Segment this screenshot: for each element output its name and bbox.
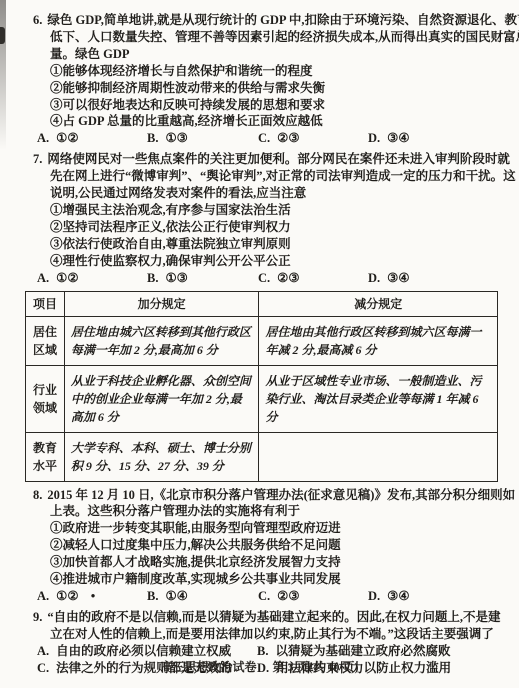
table-cell-item: 行业领域 (26, 365, 65, 432)
question-number: 8. (33, 488, 42, 502)
question-item-3: ③加快首都人才战略实施,提供北京经济发展智力支持 (50, 554, 507, 571)
option-a: A.①② (37, 270, 147, 287)
table-row: 居住区域 居住地由城六区转移到其他行政区每满一年加 2 分,最高加 6 分 居住… (26, 316, 498, 365)
option-d: D.③④ (368, 130, 507, 147)
question-stem-text: 网络使网民对一些焦点案件的关注更加便利。部分网民在案件还未进入审判阶段时就 (47, 152, 510, 166)
option-b: B.①④ (147, 588, 258, 605)
question-item-4: ④占 GDP 总量的比重越高,经济增长正面效应越低 (50, 113, 507, 130)
stray-ink-dot: ● (91, 591, 96, 600)
question-stem-line: 先在网上进行“微博审判”、“舆论审判”,对正常的司法审判造成一定的压力和干扰。这 (50, 168, 507, 185)
question-number: 9. (33, 610, 42, 624)
option-c: C.②③ (258, 130, 368, 147)
question-stem-line: 8.2015 年 12 月 10 日,《北京市积分落户管理办法(征求意见稿)》发… (50, 487, 507, 504)
question-options: A.①② B.①③ C.②③ D.③④ (37, 270, 507, 287)
option-c: C.②③ (258, 270, 368, 287)
table-cell-sub (259, 432, 498, 481)
question-item-1: ①政府进一步转变其职能,由服务型向管理型政府迈进 (50, 520, 507, 537)
question-8: 8.2015 年 12 月 10 日,《北京市积分落户管理办法(征求意见稿)》发… (33, 487, 507, 605)
table-row: 行业领域 从业于科技企业孵化器、众创空间中的创业企业每满一年加 2 分,最高加 … (26, 365, 498, 432)
table-cell-add: 大学专科、本科、硕士、博士分别积 9 分、15 分、27 分、39 分 (64, 432, 259, 481)
table-row: 教育水平 大学专科、本科、硕士、博士分别积 9 分、15 分、27 分、39 分 (26, 432, 498, 481)
question-stem-line: 低下、人口数量失控、管理不善等因素引起的经济损失成本,从而得出真实的国民财富总 (50, 29, 507, 46)
question-item-3: ③依法行使政治自由,尊重法院独立审判原则 (50, 236, 507, 253)
question-item-2: ②能够抑制经济周期性波动带来的供给与需求失衡 (50, 80, 507, 97)
table-cell-sub: 居住地由其他行政区转移到城六区每满一年减 2 分,最高减 6 分 (259, 316, 498, 365)
question-item-4: ④理性行使监察权力,确保审判公开公平公正 (50, 253, 507, 270)
table-header-item: 项目 (26, 291, 65, 316)
page-footer: 高三思想政治试卷第 3 页(共 10 页) (0, 658, 519, 675)
question-item-2: ②减轻人口过度集中压力,解决公共服务供给不足问题 (50, 537, 507, 554)
question-item-1: ①能够体现经济增长与自然保护和谐统一的程度 (50, 63, 507, 80)
question-7: 7.网络使网民对一些焦点案件的关注更加便利。部分网民在案件还未进入审判阶段时就 … (33, 151, 507, 286)
question-options: A.①② B.①③ C.②③ D.③④ (37, 130, 507, 147)
table-cell-sub: 从业于区域性专业市场、一般制造业、污染行业、淘汰目录类企业等每满 1 年减 6 … (259, 365, 498, 432)
table-cell-item: 居住区域 (26, 316, 65, 365)
table-header-sub: 减分规定 (259, 291, 498, 316)
option-a: A.①② (37, 130, 147, 147)
question-number: 7. (33, 152, 42, 166)
table-cell-add: 从业于科技企业孵化器、众创空间中的创业企业每满一年加 2 分,最高加 6 分 (64, 365, 259, 432)
option-b: B.①③ (147, 130, 258, 147)
question-stem-line: 6.绿色 GDP,简单地讲,就是从现行统计的 GDP 中,扣除由于环境污染、自然… (50, 12, 507, 29)
table-cell-add: 居住地由城六区转移到其他行政区每满一年加 2 分,最高加 6 分 (64, 316, 259, 365)
footer-page-number: 第 3 页(共 10 页) (273, 660, 359, 674)
table-header-add: 加分规定 (64, 291, 259, 316)
question-item-4: ④推进城市户籍制度改革,实现城乡公共事业共同发展 (50, 571, 507, 588)
question-item-3: ③可以很好地表达和反映可持续发展的思想和要求 (50, 97, 507, 114)
option-d: D.③④ (368, 270, 507, 287)
table-cell-item: 教育水平 (26, 432, 65, 481)
table-header-row: 项目 加分规定 减分规定 (26, 291, 498, 316)
footer-exam-title: 高三思想政治试卷 (160, 660, 256, 674)
exam-page: 6.绿色 GDP,简单地讲,就是从现行统计的 GDP 中,扣除由于环境污染、自然… (0, 0, 519, 688)
question-options: A.①②● B.①④ C.②③ D.③④ (37, 588, 507, 605)
question-stem-text: 2015 年 12 月 10 日,《北京市积分落户管理办法(征求意见稿)》发布,… (47, 488, 515, 502)
option-b: B.①③ (147, 270, 258, 287)
question-6: 6.绿色 GDP,简单地讲,就是从现行统计的 GDP 中,扣除由于环境污染、自然… (33, 12, 507, 147)
question-stem-line: 上表。这些积分落户管理办法的实施将有利于 (50, 503, 507, 520)
question-stem-line: 7.网络使网民对一些焦点案件的关注更加便利。部分网民在案件还未进入审判阶段时就 (50, 151, 507, 168)
option-c: C.②③ (258, 588, 368, 605)
question-item-1: ①增强民主法治观念,有序参与国家法治生活 (50, 202, 507, 219)
question-stem-line: 9.“自由的政府不是以信赖,而是以猜疑为基础建立起来的。因此,在权力问题上,不是… (50, 609, 507, 626)
question-number: 6. (33, 13, 42, 27)
question-item-2: ②坚持司法程序正义,依法公正行使审判权力 (50, 219, 507, 236)
question-stem-line: 说明,公民通过网络发表对案件的看法,应当注意 (50, 185, 507, 202)
question-stem-line: 量。绿色 GDP (50, 46, 507, 63)
points-rules-table: 项目 加分规定 减分规定 居住区域 居住地由城六区转移到其他行政区每满一年加 2… (25, 291, 498, 482)
option-a: A.①②● (37, 588, 147, 605)
option-d: D.③④ (368, 588, 507, 605)
question-stem-line: 立在对人性的信赖上,而是要用法律加以约束,防止其行为不端。”这段话主要强调了 (50, 626, 507, 643)
question-stem-text: 绿色 GDP,简单地讲,就是从现行统计的 GDP 中,扣除由于环境污染、自然资源… (47, 13, 519, 27)
question-stem-text: “自由的政府不是以信赖,而是以猜疑为基础建立起来的。因此,在权力问题上,不是建 (47, 610, 500, 624)
